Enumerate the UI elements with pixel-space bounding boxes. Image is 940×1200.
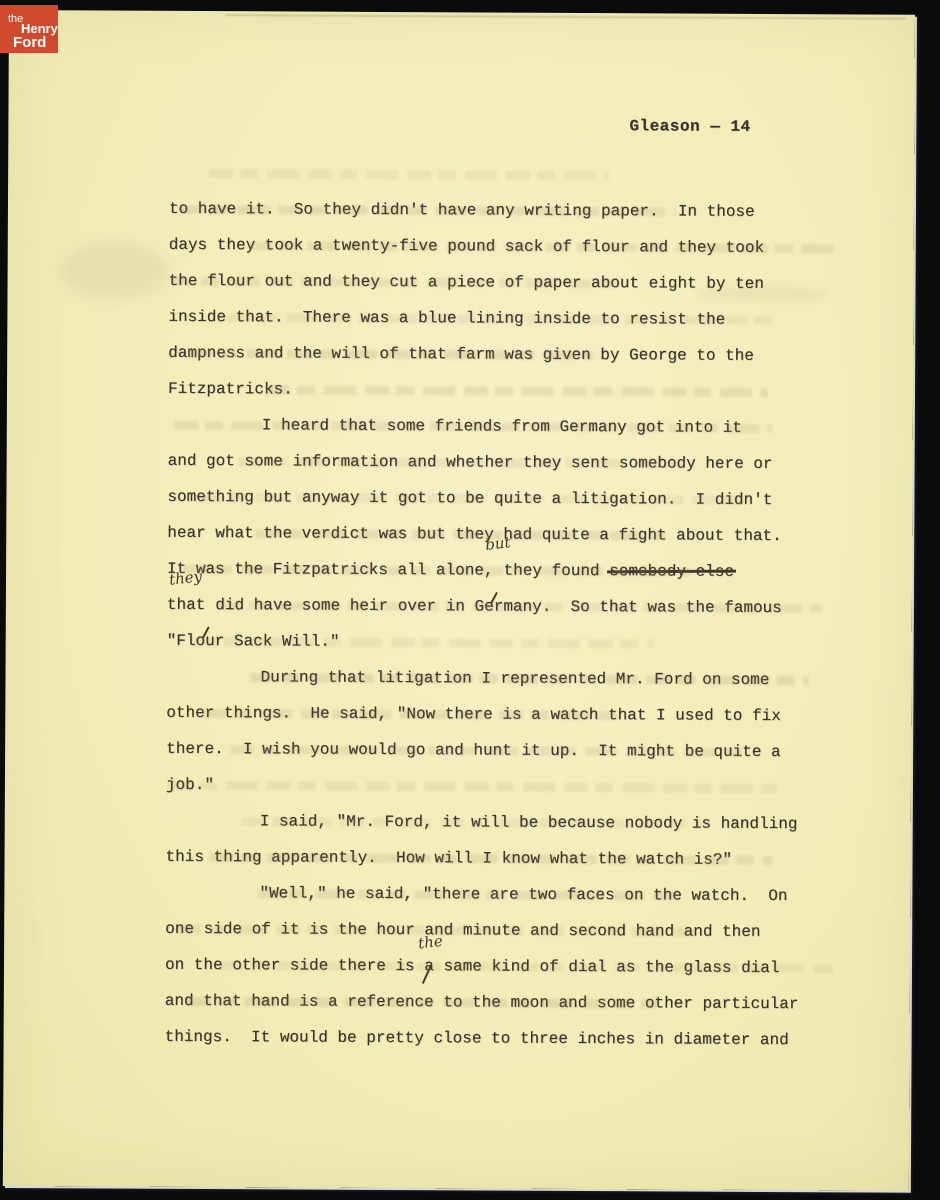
- scanned-page: Gleason — 14 to have it. So they didn't …: [3, 10, 915, 1191]
- henry-ford-logo: the Henry Ford: [0, 5, 58, 53]
- bleedthrough-line: [209, 169, 609, 180]
- logo-text-ford: Ford: [13, 35, 46, 50]
- paper-crease: [226, 14, 906, 20]
- typed-line: things. It would be pretty close to thre…: [165, 1019, 865, 1059]
- paper-smudge: [59, 240, 169, 301]
- scanned-document-viewer: { "logo": { "line1": "the", "line2": "He…: [0, 0, 940, 1200]
- page-header: Gleason — 14: [629, 117, 750, 136]
